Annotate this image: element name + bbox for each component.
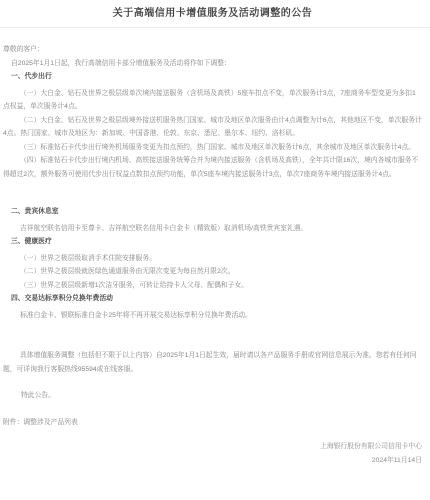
intro-paragraph: 自2025年1月1日起，我行高端信用卡部分增值服务及活动将作如下调整： (3, 57, 422, 71)
transport-item-3: （三）标准钻石卡代步出行境外机场服务变更为扣点预约，热门国家、城市及地区单次服务… (3, 141, 422, 155)
transport-item-1: （一）大白金、钻石及世界之极层级单次境内接送服务（含机场及高铁）5座车扣点不变，… (3, 87, 422, 114)
announcement-document: 关于高端信用卡增值服务及活动调整的公告 尊敬的客户： 自2025年1月1日起，我… (0, 0, 430, 467)
lounge-item-1: 吉祥航空联名信用卡至尊卡、吉祥航空联名信用卡白金卡（精致版）取消机场/高铁贵宾室… (3, 222, 422, 236)
page-title: 关于高端信用卡增值服务及活动调整的公告 (3, 0, 422, 21)
annual-fee-item-1: 标准白金卡、银联标准白金卡25年将不再开展交易达标享积分兑换年费活动。 (3, 309, 422, 323)
issuer-signature: 上海银行股份有限公司信用卡中心 (3, 440, 422, 454)
salutation: 尊敬的客户： (3, 43, 422, 57)
announce-line: 特此公告。 (3, 389, 422, 403)
transport-item-2: （二）大白金、钻石及世界之极层级境外接送机服务热门国家、城市及地区单次服务由计4… (3, 114, 422, 141)
section-heading-health: 三、健康医疗 (3, 235, 422, 249)
transport-item-4: （四）标准钻石卡代步出行境内机场、高铁接送服务统筹合并为境内接送服务（含机场及高… (3, 154, 422, 181)
section-heading-annual-fee: 四、交易达标享积分兑换年费活动 (3, 292, 422, 306)
section-heading-transport: 一、代步出行 (3, 70, 422, 84)
section-heading-lounge: 二、贵宾休息室 (3, 205, 422, 219)
closing-paragraph: 具体增值服务调整（包括但不限于以上内容）自2025年1月1日起生效，届时请以各产… (3, 349, 422, 376)
health-item-3: （三）世界之极层级新增1次洁牙服务，可转让给持卡人父母、配偶和子女。 (3, 279, 422, 293)
attachment-line: 附件：调整涉及产品列表 (3, 416, 422, 430)
issue-date: 2024年11月14日 (3, 454, 422, 468)
health-item-2: （二）世界之极层级就医绿色通道服务由无限次变更为每自然月限2次。 (3, 265, 422, 279)
health-item-1: （一）世界之极层级取消手术住院安排服务。 (3, 252, 422, 266)
header-divider (0, 27, 430, 28)
